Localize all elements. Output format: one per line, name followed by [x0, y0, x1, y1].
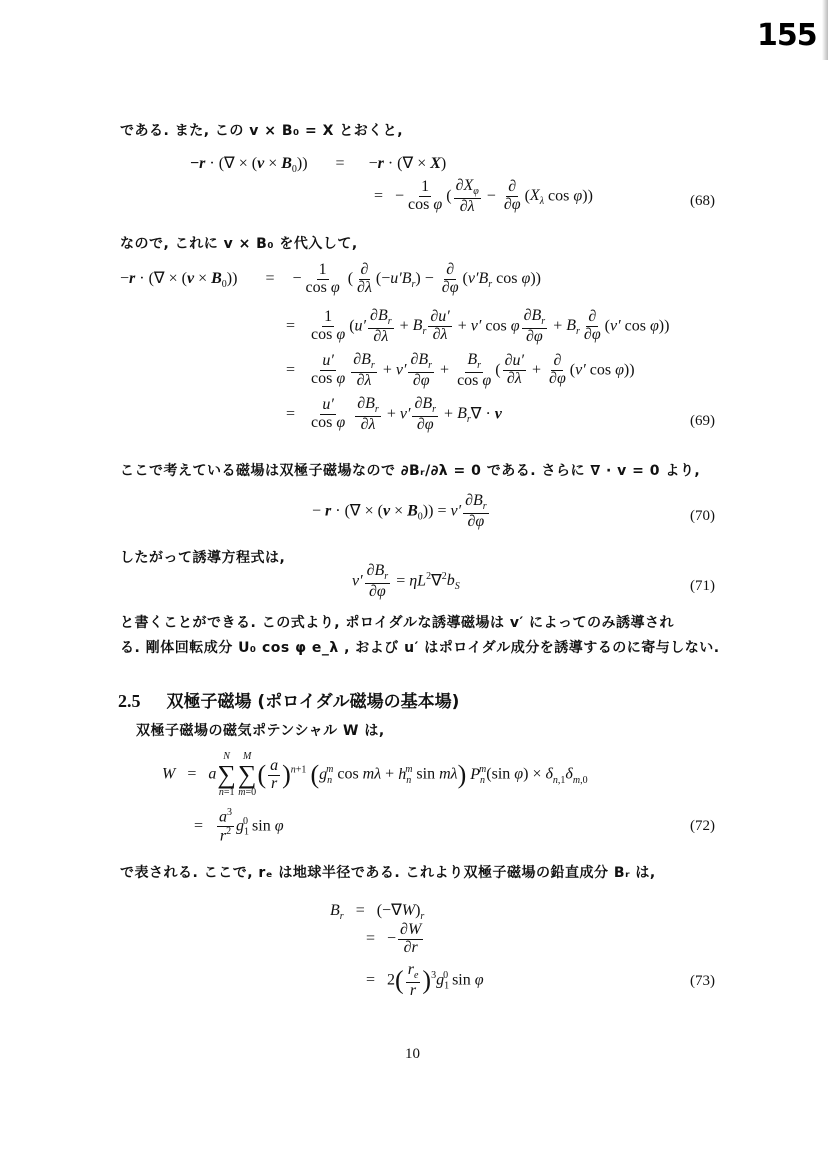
- equation-73-line-3: = 2(rer)3g10 sin φ: [366, 962, 484, 999]
- page-number: 10: [405, 1046, 420, 1063]
- equation-number-73: (73): [690, 973, 715, 990]
- equation-69-line-3: = u′cos φ∂Br∂λ + v′∂Br∂φ + Brcos φ(∂u′∂λ…: [286, 352, 635, 389]
- equation-73-line-1: Br = (−∇W)r: [330, 900, 424, 922]
- equation-69-line-4: = u′cos φ ∂Br∂λ + v′∂Br∂φ + Br∇ · v: [286, 396, 502, 433]
- paragraph-4: したがって誘導方程式は,: [120, 547, 285, 567]
- equation-71: v′∂Br∂φ = ηL2∇2bS: [352, 563, 460, 600]
- equation-number-70: (70): [690, 508, 715, 525]
- paragraph-5-line-2: る. 剛体回転成分 U₀ cos φ e_λ , および u′ はポロイダル成分…: [120, 637, 720, 657]
- equation-number-69: (69): [690, 413, 715, 430]
- section-number: 2.5: [118, 691, 141, 711]
- equation-72-line-1: W = aN∑n=1M∑m=0(ar)n+1 (gnm cos mλ + hnm…: [162, 752, 588, 798]
- section-title: 双極子磁場 (ポロイダル磁場の基本場): [167, 692, 460, 712]
- equation-70: − r · (∇ × (v × B0)) = v′∂Br∂φ: [312, 493, 491, 530]
- paragraph-1: である. また, この v × B₀ = X とおくと,: [120, 120, 403, 140]
- equation-number-68: (68): [690, 193, 715, 210]
- paragraph-5-line-1: と書くことができる. この式より, ポロイダルな誘導磁場は v′ によってのみ誘…: [120, 612, 674, 632]
- section-heading: 2.5双極子磁場 (ポロイダル磁場の基本場): [118, 687, 459, 712]
- equation-number-72: (72): [690, 818, 715, 835]
- equation-68-line-1: −r · (∇ × (v × B0)) = −r · (∇ × X): [190, 153, 446, 175]
- equation-69-line-1: −r · (∇ × (v × B0)) = −1cos φ (∂∂λ(−u′Br…: [120, 262, 541, 297]
- equation-68-line-2: = −1cos φ(∂Xφ∂λ − ∂∂φ(Xλ cos φ)): [374, 178, 593, 215]
- handwritten-page-number: 155: [757, 18, 817, 53]
- equation-72-line-2: = a3r2g10 sin φ: [194, 808, 284, 845]
- paragraph-2: なので, これに v × B₀ を代入して,: [120, 233, 358, 253]
- scan-edge: [822, 0, 828, 60]
- paragraph-3: ここで考えている磁場は双極子磁場なので ∂Bᵣ/∂λ = 0 である. さらに …: [120, 460, 700, 480]
- paragraph-6: 双極子磁場の磁気ポテンシャル W は,: [136, 720, 385, 740]
- equation-69-line-2: = 1cos φ(u′∂Br∂λ + Br∂u′∂λ + v′ cos φ∂Br…: [286, 308, 669, 345]
- equation-73-line-2: = −∂W∂r: [366, 922, 425, 957]
- equation-number-71: (71): [690, 578, 715, 595]
- paragraph-7: で表される. ここで, rₑ は地球半径である. これより双極子磁場の鉛直成分 …: [120, 862, 656, 882]
